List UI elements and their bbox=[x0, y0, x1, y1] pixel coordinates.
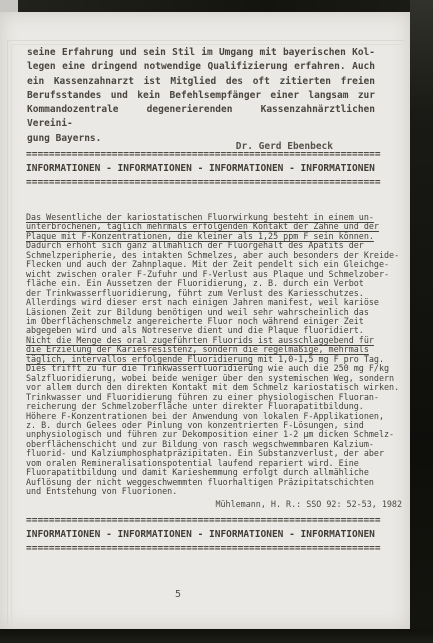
separator-line: ========================================… bbox=[26, 177, 386, 188]
top-paragraph-line: Kommandozentrale degenerierenden Kassenz… bbox=[27, 103, 375, 132]
article-body: Das Wesentliche der kariostatischen Fluo… bbox=[26, 213, 408, 497]
scan-border-right bbox=[410, 0, 433, 643]
article-line: und Entstehung von Fluorionen. bbox=[26, 487, 408, 496]
separator-line: ========================================… bbox=[26, 543, 386, 554]
article-citation: Mühlemann, H. R.: SSO 92: 52-53, 1982 bbox=[26, 499, 402, 509]
top-paragraph: seine Erfahrung und sein Stil im Umgang … bbox=[27, 46, 375, 146]
page-number: 5 bbox=[168, 589, 188, 600]
top-paragraph-line: legen eine dringend notwendige Qualifizi… bbox=[27, 60, 375, 74]
informationen-banner-top: INFORMATIONEN - INFORMATIONEN - INFORMAT… bbox=[26, 163, 386, 174]
scan-border-top bbox=[18, 0, 433, 12]
separator-line: ========================================… bbox=[26, 515, 386, 526]
top-paragraph-line: Berufsstandes und kein Befehlsempfänger … bbox=[27, 89, 375, 103]
separator-line: ========================================… bbox=[26, 149, 386, 160]
top-paragraph-line: ein Kassenzahnarzt ist Mitglied des oft … bbox=[27, 75, 375, 89]
document-page: seine Erfahrung und sein Stil im Umgang … bbox=[0, 12, 410, 629]
scan-border-bottom bbox=[0, 629, 433, 643]
informationen-banner-bottom: INFORMATIONEN - INFORMATIONEN - INFORMAT… bbox=[26, 529, 386, 540]
scanned-page-view: seine Erfahrung und sein Stil im Umgang … bbox=[0, 0, 433, 643]
top-paragraph-line: seine Erfahrung und sein Stil im Umgang … bbox=[27, 46, 375, 60]
scan-corner-shadow bbox=[0, 0, 18, 12]
